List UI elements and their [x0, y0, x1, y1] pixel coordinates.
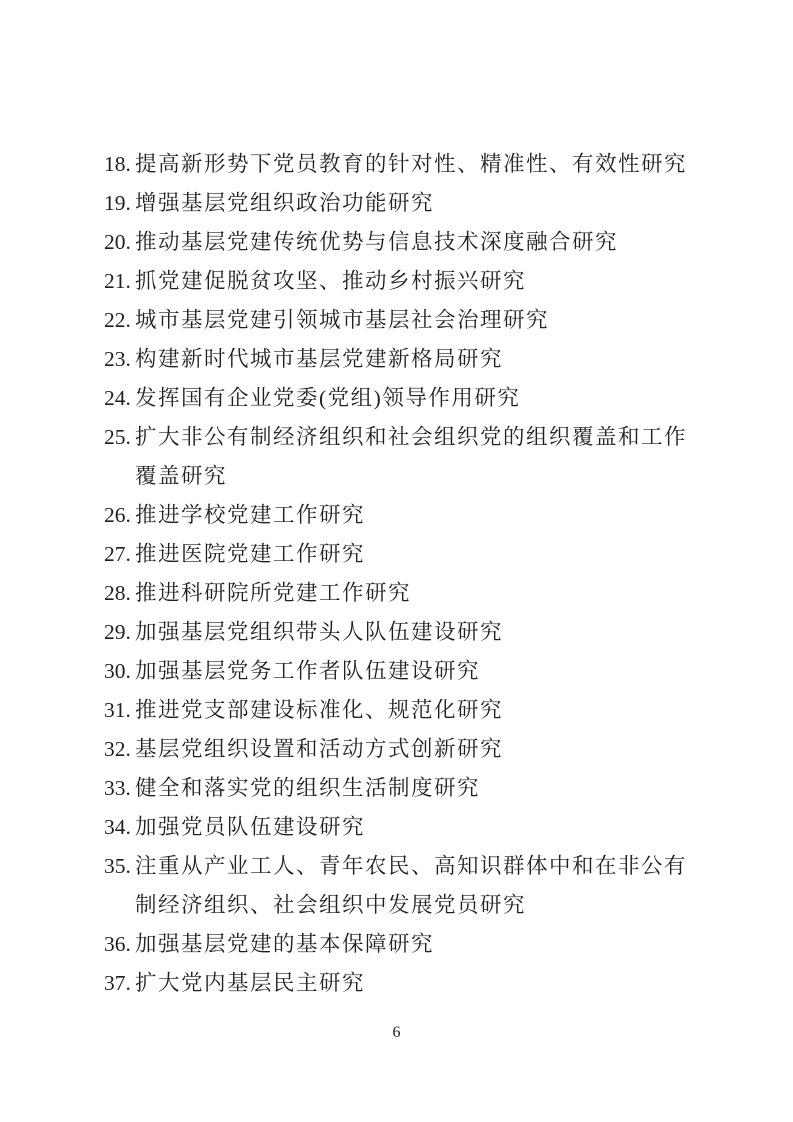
item-text: 推进党支部建设标准化、规范化研究	[135, 698, 503, 722]
item-text: 推动基层党建传统优势与信息技术深度融合研究	[135, 230, 618, 254]
list-item-line: 19.增强基层党组织政治功能研究	[104, 184, 693, 223]
item-number: 33.	[104, 769, 135, 808]
item-number: 29.	[104, 613, 135, 652]
item-number: 26.	[104, 496, 135, 535]
list-item: 20.推动基层党建传统优势与信息技术深度融合研究	[104, 223, 693, 262]
item-text: 扩大非公有制经济组织和社会组织党的组织覆盖和工作	[135, 425, 687, 449]
list-item-line: 18.提高新形势下党员教育的针对性、精准性、有效性研究	[104, 145, 693, 184]
list-item-line: 21.抓党建促脱贫攻坚、推动乡村振兴研究	[104, 262, 693, 301]
item-number: 30.	[104, 652, 135, 691]
numbered-list: 18.提高新形势下党员教育的针对性、精准性、有效性研究 19.增强基层党组织政治…	[104, 145, 693, 1003]
list-item-line: 20.推动基层党建传统优势与信息技术深度融合研究	[104, 223, 693, 262]
list-item: 30.加强基层党务工作者队伍建设研究	[104, 652, 693, 691]
list-item-line: 30.加强基层党务工作者队伍建设研究	[104, 652, 693, 691]
list-item: 27.推进医院党建工作研究	[104, 535, 693, 574]
item-number: 25.	[104, 418, 135, 457]
item-text: 城市基层党建引领城市基层社会治理研究	[135, 308, 549, 332]
item-text: 健全和落实党的组织生活制度研究	[135, 776, 480, 800]
item-text: 增强基层党组织政治功能研究	[135, 191, 434, 215]
item-text: 构建新时代城市基层党建新格局研究	[135, 347, 503, 371]
item-text: 推进学校党建工作研究	[135, 503, 365, 527]
item-text: 扩大党内基层民主研究	[135, 971, 365, 995]
item-text: 基层党组织设置和活动方式创新研究	[135, 737, 503, 761]
list-item-line: 28.推进科研院所党建工作研究	[104, 574, 693, 613]
list-item: 35.注重从产业工人、青年农民、高知识群体中和在非公有 制经济组织、社会组织中发…	[104, 847, 693, 925]
item-number: 23.	[104, 340, 135, 379]
list-item-line: 37.扩大党内基层民主研究	[104, 964, 693, 1003]
list-item: 34.加强党员队伍建设研究	[104, 808, 693, 847]
item-number: 24.	[104, 379, 135, 418]
item-number: 31.	[104, 691, 135, 730]
item-text: 加强党员队伍建设研究	[135, 815, 365, 839]
item-number: 34.	[104, 808, 135, 847]
list-item-line: 32.基层党组织设置和活动方式创新研究	[104, 730, 693, 769]
item-text: 加强基层党组织带头人队伍建设研究	[135, 620, 503, 644]
list-item: 21.抓党建促脱贫攻坚、推动乡村振兴研究	[104, 262, 693, 301]
list-item: 24.发挥国有企业党委(党组)领导作用研究	[104, 379, 693, 418]
page-number: 6	[0, 1022, 793, 1044]
list-item: 18.提高新形势下党员教育的针对性、精准性、有效性研究	[104, 145, 693, 184]
list-item: 22.城市基层党建引领城市基层社会治理研究	[104, 301, 693, 340]
document-page: 18.提高新形势下党员教育的针对性、精准性、有效性研究 19.增强基层党组织政治…	[0, 0, 793, 1122]
list-item-line: 24.发挥国有企业党委(党组)领导作用研究	[104, 379, 693, 418]
list-item-line: 29.加强基层党组织带头人队伍建设研究	[104, 613, 693, 652]
item-number: 20.	[104, 223, 135, 262]
list-item: 26.推进学校党建工作研究	[104, 496, 693, 535]
list-item-line: 36.加强基层党建的基本保障研究	[104, 925, 693, 964]
list-item-line: 25.扩大非公有制经济组织和社会组织党的组织覆盖和工作	[104, 418, 693, 457]
list-item: 23.构建新时代城市基层党建新格局研究	[104, 340, 693, 379]
item-text: 推进医院党建工作研究	[135, 542, 365, 566]
list-item: 25.扩大非公有制经济组织和社会组织党的组织覆盖和工作 覆盖研究	[104, 418, 693, 496]
list-item: 28.推进科研院所党建工作研究	[104, 574, 693, 613]
item-text: 抓党建促脱贫攻坚、推动乡村振兴研究	[135, 269, 526, 293]
list-item-line: 23.构建新时代城市基层党建新格局研究	[104, 340, 693, 379]
item-number: 36.	[104, 925, 135, 964]
item-text: 注重从产业工人、青年农民、高知识群体中和在非公有	[135, 854, 687, 878]
item-text: 加强基层党务工作者队伍建设研究	[135, 659, 480, 683]
list-item-line: 22.城市基层党建引领城市基层社会治理研究	[104, 301, 693, 340]
item-number: 28.	[104, 574, 135, 613]
list-item-line: 27.推进医院党建工作研究	[104, 535, 693, 574]
item-number: 32.	[104, 730, 135, 769]
item-number: 18.	[104, 145, 135, 184]
list-item-line: 26.推进学校党建工作研究	[104, 496, 693, 535]
item-number: 37.	[104, 964, 135, 1003]
list-item: 33.健全和落实党的组织生活制度研究	[104, 769, 693, 808]
item-text: 提高新形势下党员教育的针对性、精准性、有效性研究	[135, 152, 687, 176]
item-text: 发挥国有企业党委(党组)领导作用研究	[135, 386, 520, 410]
item-number: 27.	[104, 535, 135, 574]
list-item-line: 35.注重从产业工人、青年农民、高知识群体中和在非公有	[104, 847, 693, 886]
list-item: 36.加强基层党建的基本保障研究	[104, 925, 693, 964]
list-item: 32.基层党组织设置和活动方式创新研究	[104, 730, 693, 769]
list-item: 29.加强基层党组织带头人队伍建设研究	[104, 613, 693, 652]
list-item: 19.增强基层党组织政治功能研究	[104, 184, 693, 223]
item-text: 推进科研院所党建工作研究	[135, 581, 411, 605]
item-text-continuation: 覆盖研究	[135, 457, 693, 496]
list-item-line: 33.健全和落实党的组织生活制度研究	[104, 769, 693, 808]
item-number: 22.	[104, 301, 135, 340]
list-item-line: 34.加强党员队伍建设研究	[104, 808, 693, 847]
list-item: 37.扩大党内基层民主研究	[104, 964, 693, 1003]
list-item: 31.推进党支部建设标准化、规范化研究	[104, 691, 693, 730]
item-number: 21.	[104, 262, 135, 301]
item-text-continuation: 制经济组织、社会组织中发展党员研究	[135, 886, 693, 925]
list-item-line: 31.推进党支部建设标准化、规范化研究	[104, 691, 693, 730]
item-text: 加强基层党建的基本保障研究	[135, 932, 434, 956]
item-number: 35.	[104, 847, 135, 886]
item-number: 19.	[104, 184, 135, 223]
